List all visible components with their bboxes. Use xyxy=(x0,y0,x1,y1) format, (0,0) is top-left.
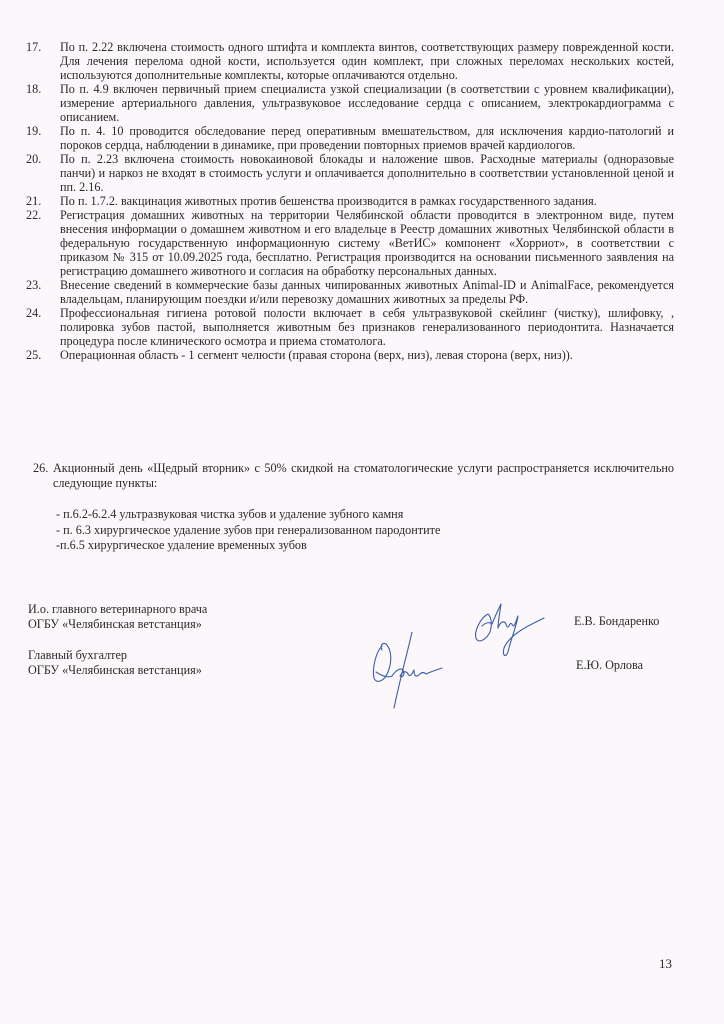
chief-vet-name: Е.В. Бондаренко xyxy=(574,614,659,629)
chief-accountant-name: Е.Ю. Орлова xyxy=(576,658,643,673)
promo-item: - п.6.2-6.2.4 ультразвуковая чистка зубо… xyxy=(56,507,440,523)
note-number: 17. xyxy=(26,40,60,82)
note-text: По п. 4.9 включен первичный прием специа… xyxy=(60,82,674,124)
note-text: По п. 1.7.2. вакцинация животных против … xyxy=(60,194,674,208)
promo-item: -п.6.5 хирургическое удаление временных … xyxy=(56,538,440,554)
note-item-25: 25. Операционная область - 1 сегмент чел… xyxy=(26,348,674,362)
note-item-22: 22. Регистрация домашних животных на тер… xyxy=(26,208,674,278)
note-number: 23. xyxy=(26,278,60,306)
promo-item: - п. 6.3 хирургическое удаление зубов пр… xyxy=(56,523,440,539)
note-text: Внесение сведений в коммерческие базы да… xyxy=(60,278,674,306)
promo-number: 26. xyxy=(33,461,53,491)
chief-accountant-organization: ОГБУ «Челябинская ветстанция» xyxy=(28,663,202,678)
note-text: Регистрация домашних животных на террито… xyxy=(60,208,674,278)
page-number: 13 xyxy=(659,956,672,972)
document-page: 17. По п. 2.22 включена стоимость одного… xyxy=(0,0,724,1024)
note-item-23: 23. Внесение сведений в коммерческие баз… xyxy=(26,278,674,306)
promo-text: Акционный день «Щедрый вторник» с 50% ск… xyxy=(53,461,674,491)
note-text: По п. 4. 10 проводится обследование пере… xyxy=(60,124,674,152)
note-number: 24. xyxy=(26,306,60,348)
note-item-17: 17. По п. 2.22 включена стоимость одного… xyxy=(26,40,674,82)
note-text: Профессиональная гигиена ротовой полости… xyxy=(60,306,674,348)
note-text: Операционная область - 1 сегмент челюсти… xyxy=(60,348,674,362)
scan-speck xyxy=(276,352,278,354)
chief-accountant-title: Главный бухгалтер ОГБУ «Челябинская ветс… xyxy=(28,648,202,678)
note-number: 22. xyxy=(26,208,60,278)
chief-vet-position: И.о. главного ветеринарного врача xyxy=(28,602,207,617)
note-item-24: 24. Профессиональная гигиена ротовой пол… xyxy=(26,306,674,348)
promo-paragraph: 26. Акционный день «Щедрый вторник» с 50… xyxy=(33,461,674,491)
promo-items-list: - п.6.2-6.2.4 ультразвуковая чистка зубо… xyxy=(56,507,440,554)
note-text: По п. 2.22 включена стоимость одного шти… xyxy=(60,40,674,82)
chief-vet-title: И.о. главного ветеринарного врача ОГБУ «… xyxy=(28,602,207,632)
note-text: По п. 2.23 включена стоимость новокаинов… xyxy=(60,152,674,194)
chief-vet-organization: ОГБУ «Челябинская ветстанция» xyxy=(28,617,207,632)
note-number: 25. xyxy=(26,348,60,362)
note-number: 21. xyxy=(26,194,60,208)
note-number: 18. xyxy=(26,82,60,124)
notes-list: 17. По п. 2.22 включена стоимость одного… xyxy=(26,40,674,362)
note-number: 20. xyxy=(26,152,60,194)
note-item-18: 18. По п. 4.9 включен первичный прием сп… xyxy=(26,82,674,124)
signature-chief-vet xyxy=(470,600,550,660)
chief-accountant-position: Главный бухгалтер xyxy=(28,648,202,663)
note-number: 19. xyxy=(26,124,60,152)
signature-chief-accountant xyxy=(368,632,458,712)
note-item-19: 19. По п. 4. 10 проводится обследование … xyxy=(26,124,674,152)
note-item-20: 20. По п. 2.23 включена стоимость новока… xyxy=(26,152,674,194)
note-item-21: 21. По п. 1.7.2. вакцинация животных про… xyxy=(26,194,674,208)
